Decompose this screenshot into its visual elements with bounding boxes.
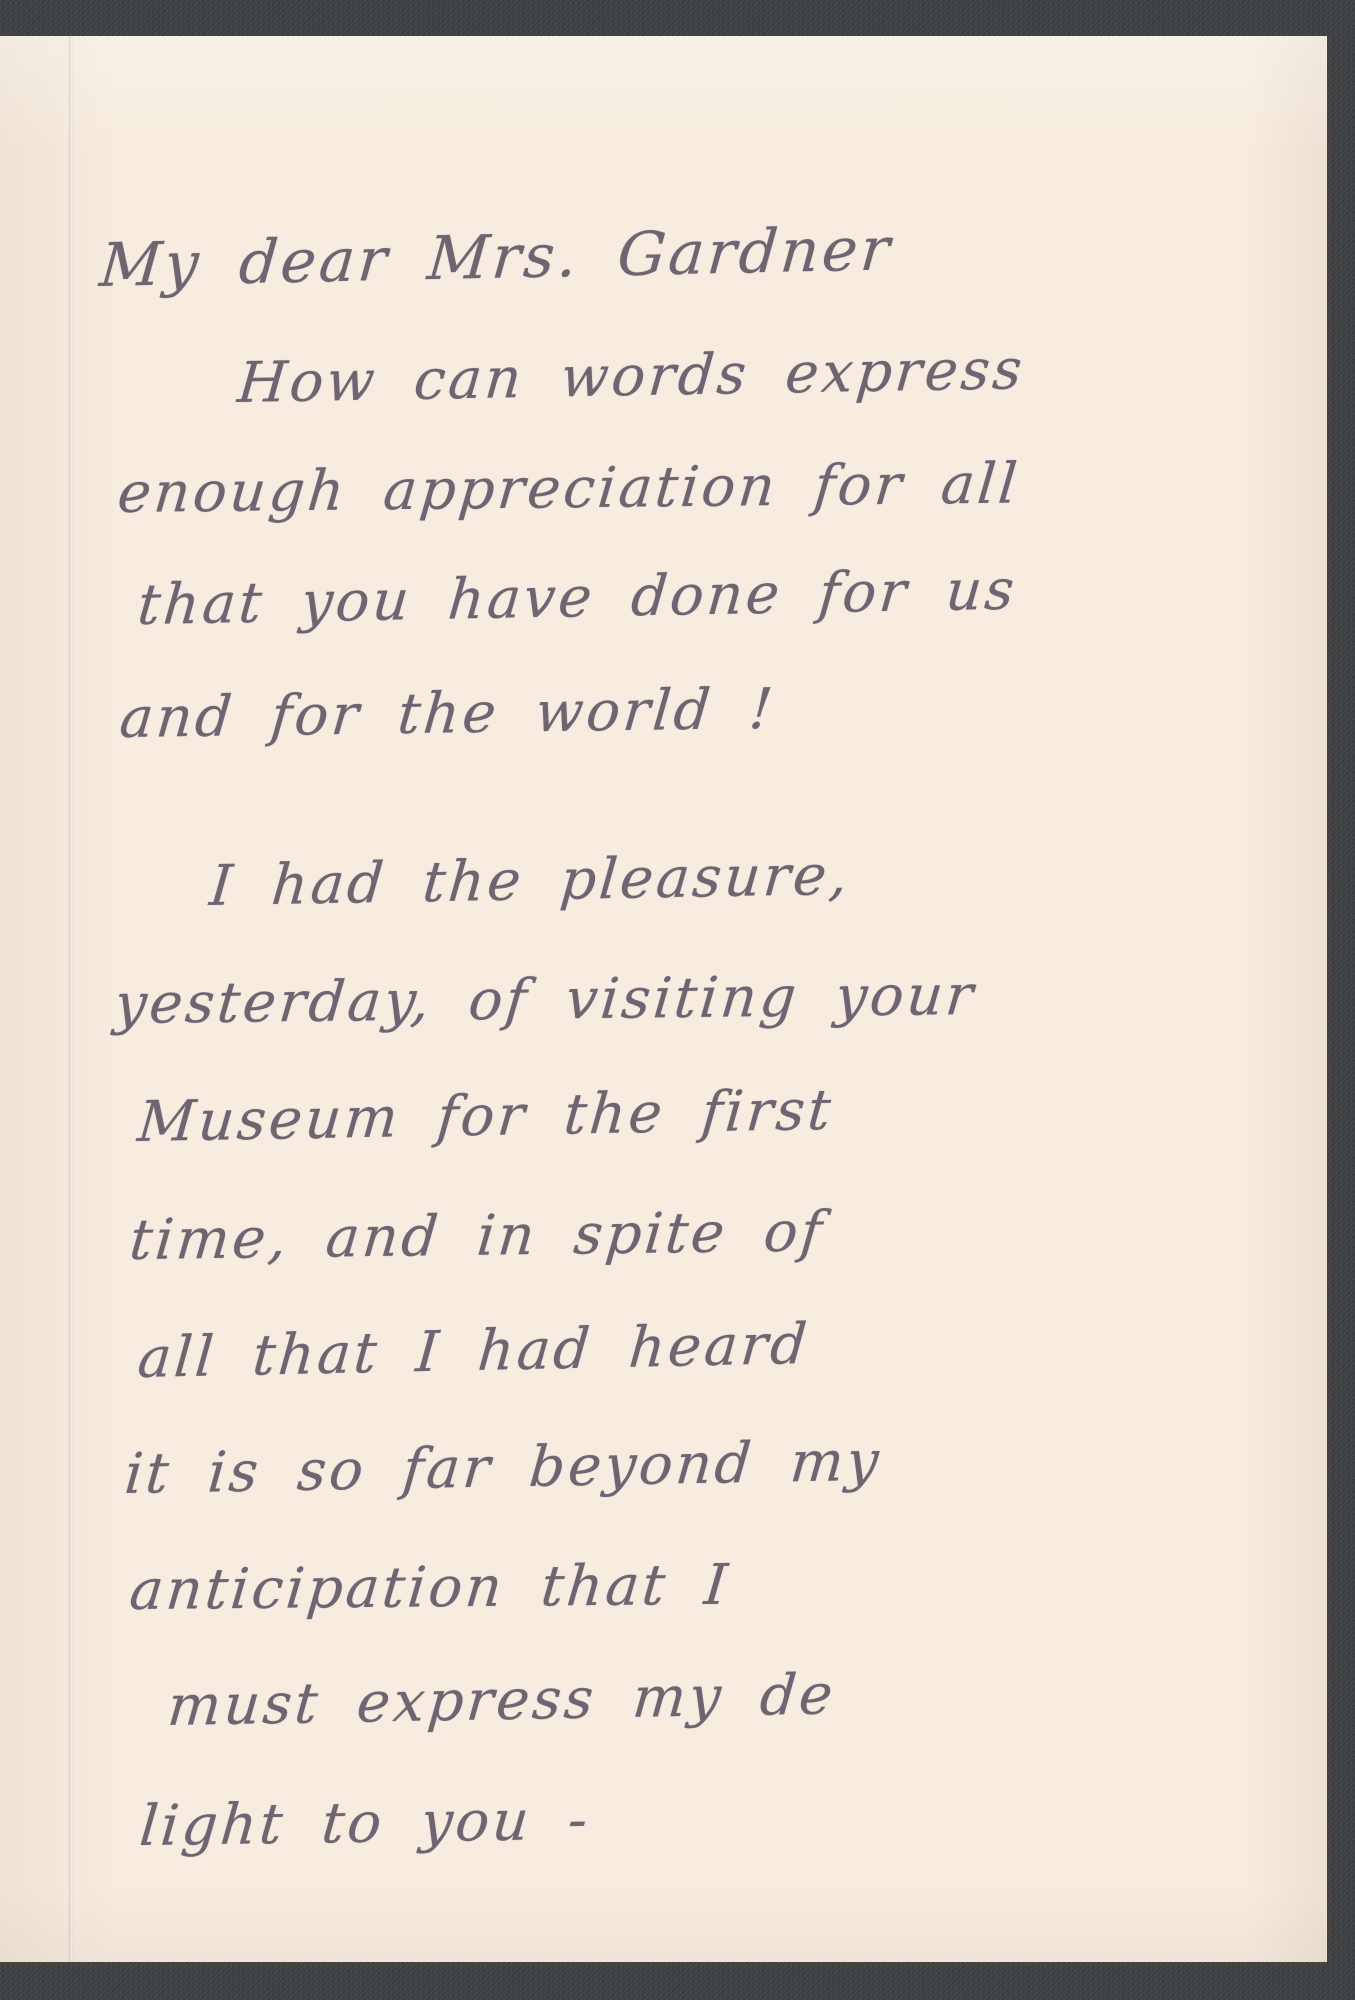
handwriting-line: must express my de [165,1662,838,1739]
handwriting-line: time, and in spite of [127,1199,828,1273]
handwriting-line: yesterday, of visiting your [112,963,979,1037]
handwriting-line: light to you - [137,1788,593,1859]
scan-background: My dear Mrs. Gardner How can words expre… [0,0,1355,2000]
handwriting-line: and for the world ! [117,677,778,751]
page-fold-crease [68,36,73,1962]
handwriting-line: anticipation that I [127,1553,733,1623]
handwriting-line: all that I had heard [135,1312,812,1391]
handwriting-line: enough appreciation for all [115,452,1023,527]
handwriting-line: I had the pleasure, [207,843,853,919]
handwriting-line: How can words express [235,337,1027,416]
handwriting-line: that you have done for us [135,558,1019,638]
handwriting-line: it is so far beyond my [122,1429,884,1507]
letter-page: My dear Mrs. Gardner How can words expre… [0,36,1327,1962]
handwriting-line-salutation: My dear Mrs. Gardner [97,214,895,301]
handwriting-line: Museum for the first [135,1078,836,1155]
